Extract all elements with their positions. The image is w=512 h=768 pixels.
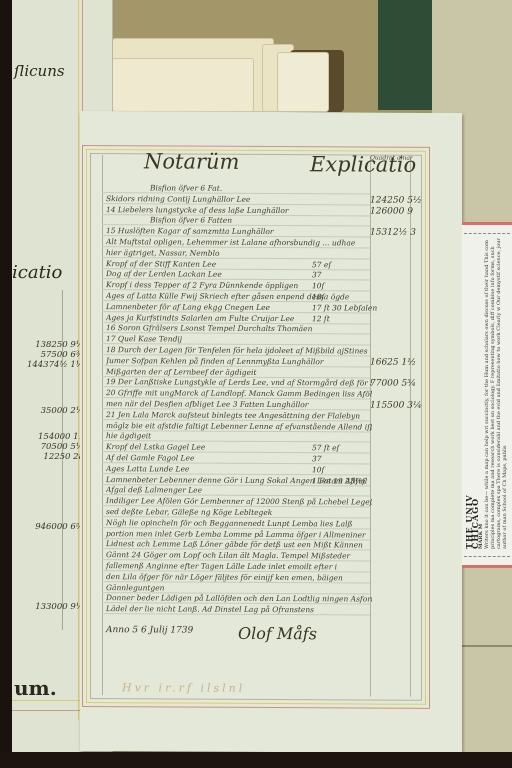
ledger-entry-amount: 15312½ 3 (370, 228, 416, 238)
ledger-entry-text: Dog af der Lerden Lackan Lee (106, 270, 372, 280)
ledger-entry-text: Kropf af der Stiff Kanten Lee (106, 259, 372, 269)
ledger-entry-text: Gännleguntgen (106, 583, 372, 593)
ledger-entry-text: Alt Muftstal opligen, Lehemmer ist Lalan… (106, 237, 372, 247)
ledger-entry-amount: 124250 5½ (370, 195, 422, 205)
ledger-entry-text: möglz bie eit afstdie faltigt Lebenner L… (106, 421, 372, 431)
left-amount: 946000 6⅔ (26, 522, 84, 532)
dark-edge-left (0, 0, 12, 768)
ledger-entry-text: 14 Liebelers lungstycke af dess laße Lun… (106, 205, 372, 215)
left-amount: 154000 11 (26, 432, 84, 442)
ledger-entry-text: portion men inlet Gerb Lemba Lomme på La… (106, 529, 372, 539)
left-amount: 12250 28 (26, 452, 84, 462)
ledger-entry-text: Donner beder Lädigen på Lallöfden och de… (106, 594, 372, 604)
ledger-entry-text: Indiliger Lee Afölen Gör Lembenner af 12… (106, 496, 372, 506)
ledger-inline-amount: 37 (312, 271, 322, 280)
ledger-entry-amount: 115500 3¼ (370, 401, 422, 411)
ledger-entry-text: Lidnest ach Lemme Laß Löner gäbde för de… (106, 540, 372, 550)
ledger-inline-amount: 57 eſ (312, 260, 331, 269)
ledger-entry-text: Gännt 24 Göger om Lopf och Lilan ält Mag… (106, 550, 372, 560)
ledger-inline-amount: 10ſ (312, 281, 324, 290)
ledger-entry-text: 16 Soron Gfrälsers Lsonst Tempel Durchal… (106, 324, 372, 334)
ledger-entry-text: Jumer Sofpan Kehlen på finden af Lennmyß… (106, 356, 372, 366)
book-stack (112, 38, 344, 112)
ledger-entry-amount: 16625 1½ (370, 357, 416, 367)
ledger-entry-text: Bisfion öfver 6 Fat. (150, 183, 416, 193)
ledger-entry-text: Skidors ridning Contij Lunghällor Lee (106, 194, 372, 204)
left-amount: 57500 6¾ (26, 350, 84, 360)
ledger-entry-text: men när del Desfien afbliget Lee 3 Fatte… (106, 399, 372, 409)
date-line: Anno 5 6 Julij 1739 (106, 625, 193, 635)
ledger-inline-amount: 17 ſt 30 Lebſalen (312, 303, 377, 312)
ledger-entry-text: 19 Der Lanßtiske Lungstykle af Lerds Lee… (106, 378, 372, 388)
ledger-entry-text: hier ägtriget, Nassar, Nemblo (106, 248, 372, 258)
dark-edge-bottom (0, 752, 512, 768)
ledger-entry-text: Bisfion öfver 6 Fatten (150, 216, 416, 226)
ledger-entry-text: Ages ja Kurfstindts Salarlen am Fulte Cr… (106, 313, 372, 323)
booklet-cover: THE UNIV CHICAGO MARK M Writers kno it c… (462, 222, 512, 568)
ledger-inline-amount: 12 ſt (312, 314, 330, 323)
ledger-entry-text: Nögh lie opincheln för och Beggannenedt … (106, 518, 372, 528)
ledger-entry-amount: 126000 9 (370, 206, 413, 216)
left-title-top: ſlicuns (14, 62, 65, 80)
ledger-inline-amount: 1 Fatam 23½ſl (312, 476, 367, 485)
ledger-entry-text: 20 Gfriffe mit ungMarck af Landlopf. Man… (106, 388, 372, 398)
signature: Olof Måfs (238, 624, 317, 643)
ledger-entry-text: Ages Latta Lunde Lee (106, 464, 372, 474)
booklet-body: Writers kno it can be— while a map can h… (484, 238, 508, 549)
ledger-entry-text: Mißgarten der af Lernbeef der ägdigeit (106, 367, 372, 377)
ledger-inline-amount: 57 ſt eſ (312, 443, 339, 452)
ledger-inline-amount: 37 (312, 454, 322, 463)
ledger-inline-amount: 10ſ (312, 465, 324, 474)
ledger-entry-text: Af del Gamle Fagol Lee (106, 453, 372, 463)
ledger-page: Notarüm Explicatio Quadrat alnar Bisfion… (80, 111, 462, 753)
header-amount-column: Quadrat alnar (370, 155, 420, 162)
ledger-entry-text: Lädel der lie nicht Lanß. Ad Dinstel Lag… (106, 604, 372, 614)
left-amount: 70500 5¼ (26, 442, 84, 452)
ledger-inline-amount: 18ſ (312, 292, 324, 301)
green-binder-strip (378, 0, 432, 110)
left-amount: 138250 9¼ (26, 340, 84, 350)
ledger-entry-text: sed deßte Lebar, Gäleße ng Köge Lebltege… (106, 507, 372, 517)
ledger-entry-amount: 77000 5¾ (370, 379, 416, 389)
left-title-mid: icatio (12, 262, 62, 283)
ledger-entry-text: 18 Durch der Lagen för Tenfelen för hela… (106, 345, 372, 355)
header-notarum: Notarüm (144, 149, 239, 173)
ledger-entry-text: 17 Quel Kase Tendij (106, 334, 372, 344)
ledger-entry-text: Ages af Latta Külle Fwij Skriech efter g… (106, 291, 372, 301)
stacked-sheet (277, 52, 329, 112)
left-title-bottom: um. (14, 676, 57, 700)
ledger-entry-text: 15 Huslöften Kagar af samzmtta Lunghällo… (106, 226, 372, 236)
left-amount: 35000 2¼ (26, 406, 84, 416)
faded-stamp: Hvr ir.rf ilslnl (122, 681, 245, 695)
stacked-sheet (112, 58, 254, 112)
ledger-entry-text: 21 Jen Lala Marck aufsteut binlegts tee … (106, 410, 372, 420)
ledger-entry-text: Afgal deß Lalmenger Lee (106, 486, 372, 496)
left-amount: 133000 9¼ (26, 602, 84, 612)
booklet-text: THE UNIV CHICAGO MARK M Writers kno it c… (466, 237, 508, 549)
ledger-entry-text: hie ägdigeit (106, 432, 372, 442)
ledger-entry-text: Kropf i dess Tepper af 2 Fyra Dünnkende … (106, 280, 372, 290)
ledger-entry-text: den Lila öfger för när Löger fäljtes för… (106, 572, 372, 582)
ledger-entry-text: fallemenß Anginne efter Tagen Lälle Lade… (106, 561, 372, 571)
left-amount: 144374½ 1⅓ (26, 360, 84, 370)
